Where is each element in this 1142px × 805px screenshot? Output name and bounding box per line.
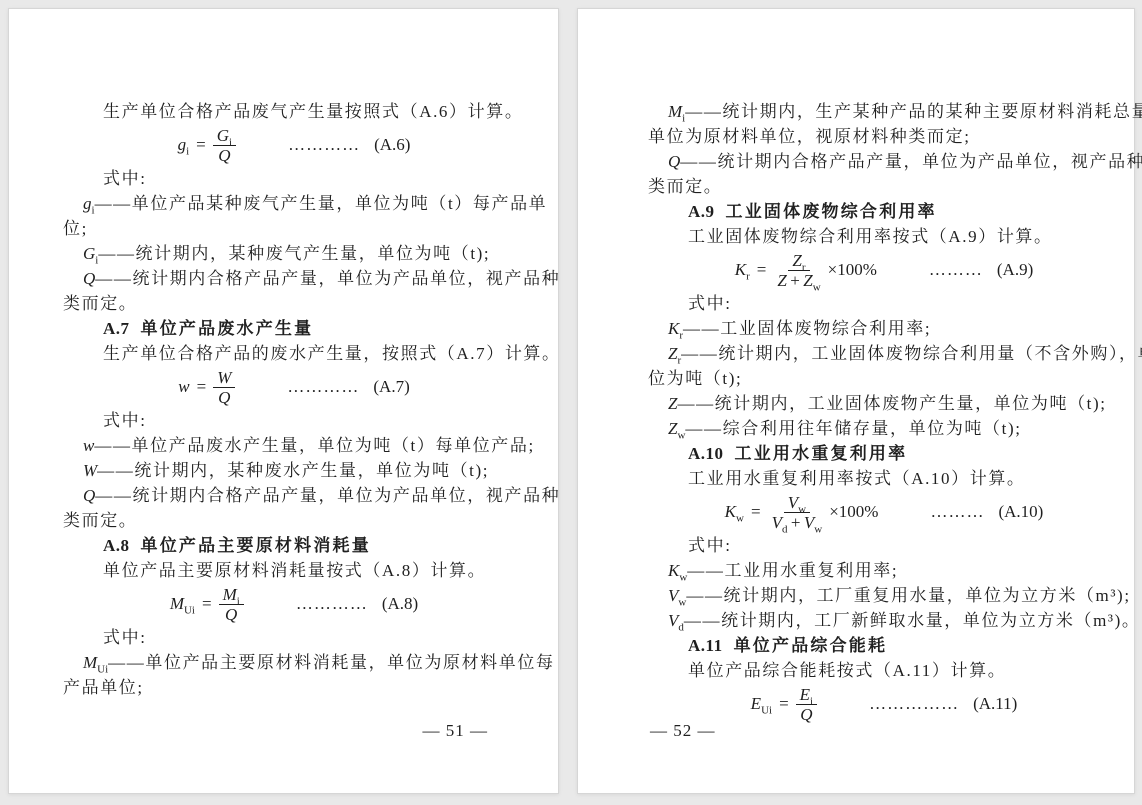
math-variable: Q <box>668 152 680 171</box>
page-51: 生产单位合格产品废气产生量按照式（A.6）计算。gi=GiQ…………(A.6)式… <box>8 8 559 794</box>
continuation-line: 位为吨（t); <box>648 366 1120 391</box>
document-spread: 生产单位合格产品废气产生量按照式（A.6）计算。gi=GiQ…………(A.6)式… <box>0 0 1142 805</box>
math-variable: Q <box>800 705 812 724</box>
formula-line: EUi=EiQ……………(A.11) <box>648 683 1120 725</box>
denominator: Z + Zw <box>773 271 824 290</box>
paragraph-line: 式中: <box>63 408 525 433</box>
fraction: GiQ <box>213 126 236 165</box>
math-variable: Zr <box>668 344 681 363</box>
equation: MUi=MiQ <box>170 585 244 624</box>
math-variable: Vd <box>668 611 684 630</box>
page-52-number: — 52 — <box>650 721 716 741</box>
numerator: Mi <box>219 585 244 605</box>
equation-number: (A.11) <box>973 694 1017 714</box>
definition-line: Mi——统计期内，生产某种产品的某种主要原材料消耗总量， <box>648 99 1120 124</box>
equation: Kr=ZrZ + Zw×100% <box>735 251 877 290</box>
equation: w=WQ <box>178 368 235 407</box>
definition-text: ——工业用水重复利用率; <box>687 561 898 580</box>
section-title: 单位产品废水产生量 <box>141 319 314 338</box>
paragraph-line: 式中: <box>63 166 525 191</box>
fraction: VwVd + Vw <box>768 493 827 532</box>
paragraph-line: 工业用水重复利用率按式（A.10）计算。 <box>648 466 1120 491</box>
definition-text: ——统计期内，某种废水产生量，单位为吨（t); <box>97 461 489 480</box>
definition-text: ——单位产品某种废气产生量，单位为吨（t）每产品单 <box>95 194 548 213</box>
definition-text: ——统计期内，工厂重复用水量，单位为立方米（m³); <box>686 586 1130 605</box>
formula-line: w=WQ…………(A.7) <box>63 366 525 408</box>
math-variable: MUi <box>83 653 108 672</box>
section-number: A.9 <box>688 202 715 221</box>
fraction: ZrZ + Zw <box>773 251 824 290</box>
section-heading: A.9工业固体废物综合利用率 <box>648 199 1120 224</box>
math-variable: Vd <box>772 513 788 532</box>
definition-line: W——统计期内，某种废水产生量，单位为吨（t); <box>63 458 525 483</box>
math-variable: MUi <box>170 594 195 614</box>
formula-line: MUi=MiQ…………(A.8) <box>63 583 525 625</box>
equals-sign: = <box>196 135 206 155</box>
math-variable: Zw <box>668 419 685 438</box>
numerator: Gi <box>213 126 236 146</box>
section-heading: A.10工业用水重复利用率 <box>648 441 1120 466</box>
definition-line: Vd——统计期内，工厂新鲜取水量，单位为立方米（m³)。 <box>648 608 1120 633</box>
definition-text: ——统计期内合格产品产量，单位为产品单位，视产品种 <box>680 152 1142 171</box>
math-variable: EUi <box>751 694 772 714</box>
denominator: Q <box>796 705 816 724</box>
definition-line: Q——统计期内合格产品产量，单位为产品单位，视产品种 <box>63 483 525 508</box>
definition-line: Q——统计期内合格产品产量，单位为产品单位，视产品种 <box>648 149 1120 174</box>
section-title: 单位产品主要原材料消耗量 <box>141 536 371 555</box>
math-variable: Vw <box>788 493 806 512</box>
math-variable: Kr <box>735 260 750 280</box>
equation-number: (A.7) <box>373 377 409 397</box>
math-variable: Zw <box>803 271 820 290</box>
math-variable: W <box>83 461 97 480</box>
denominator: Q <box>214 146 234 165</box>
formula-line: Kr=ZrZ + Zw×100%………(A.9) <box>648 249 1120 291</box>
page-51-content: 生产单位合格产品废气产生量按照式（A.6）计算。gi=GiQ…………(A.6)式… <box>63 99 525 700</box>
math-variable: w <box>178 377 189 397</box>
fraction: MiQ <box>219 585 244 624</box>
formula-line: Kw=VwVd + Vw×100%………(A.10) <box>648 491 1120 533</box>
numerator: Vw <box>784 493 810 513</box>
section-title: 工业用水重复利用率 <box>735 444 908 463</box>
denominator: Q <box>221 605 241 624</box>
percent-multiplier: ×100% <box>828 260 877 280</box>
equals-sign: = <box>751 502 761 522</box>
numerator: Ei <box>796 685 817 705</box>
continuation-line: 类而定。 <box>63 508 525 533</box>
math-variable: Vw <box>804 513 822 532</box>
math-variable: Mi <box>668 102 685 121</box>
equals-sign: = <box>779 694 789 714</box>
math-variable: Q <box>218 146 230 165</box>
definition-line: Kw——工业用水重复利用率; <box>648 558 1120 583</box>
math-variable: Kw <box>668 561 687 580</box>
math-variable: W <box>217 368 231 387</box>
paragraph-line: 式中: <box>648 533 1120 558</box>
definition-line: Q——统计期内合格产品产量，单位为产品单位，视产品种 <box>63 266 525 291</box>
math-variable: Gi <box>217 126 232 145</box>
equation-number: (A.8) <box>382 594 418 614</box>
equals-sign: = <box>197 377 207 397</box>
definition-text: ——统计期内，工业固体废物产生量，单位为吨（t); <box>677 394 1106 413</box>
definition-line: gi——单位产品某种废气产生量，单位为吨（t）每产品单 <box>63 191 525 216</box>
section-number: A.10 <box>688 444 724 463</box>
plus-operator: + <box>787 513 803 532</box>
definition-text: ——单位产品废水产生量，单位为吨（t）每单位产品; <box>94 436 534 455</box>
paragraph-line: 生产单位合格产品废气产生量按照式（A.6）计算。 <box>63 99 525 124</box>
paragraph-line: 单位产品主要原材料消耗量按式（A.8）计算。 <box>63 558 525 583</box>
equation: EUi=EiQ <box>751 685 817 724</box>
definition-text: ——单位产品主要原材料消耗量，单位为原材料单位每 <box>108 653 554 672</box>
dot-leader: …………… <box>869 694 959 714</box>
definition-line: w——单位产品废水产生量，单位为吨（t）每单位产品; <box>63 433 525 458</box>
definition-text: ——统计期内，工厂新鲜取水量，单位为立方米（m³)。 <box>684 611 1141 630</box>
equation-number: (A.6) <box>374 135 410 155</box>
math-variable: Vw <box>668 586 686 605</box>
math-variable: Ei <box>800 685 813 704</box>
dot-leader: ……… <box>930 502 984 522</box>
math-variable: Gi <box>83 244 98 263</box>
dot-leader: ………… <box>296 594 368 614</box>
math-variable: Zr <box>792 251 805 270</box>
section-title: 单位产品综合能耗 <box>734 636 888 655</box>
math-variable: gi <box>178 135 190 155</box>
paragraph-line: 工业固体废物综合利用率按式（A.9）计算。 <box>648 224 1120 249</box>
definition-line: MUi——单位产品主要原材料消耗量，单位为原材料单位每 <box>63 650 525 675</box>
definition-text: ——统计期内，生产某种产品的某种主要原材料消耗总量， <box>685 102 1142 121</box>
definition-text: ——统计期内，工业固体废物综合利用量（不含外购），单 <box>681 344 1142 363</box>
section-heading: A.7单位产品废水产生量 <box>63 316 525 341</box>
equals-sign: = <box>202 594 212 614</box>
paragraph-line: 式中: <box>648 291 1120 316</box>
page-52-content: Mi——统计期内，生产某种产品的某种主要原材料消耗总量，单位为原材料单位，视原材… <box>648 99 1120 725</box>
math-variable: Kw <box>725 502 744 522</box>
definition-text: ——统计期内合格产品产量，单位为产品单位，视产品种 <box>95 269 560 288</box>
plus-operator: + <box>787 271 803 290</box>
page-52: Mi——统计期内，生产某种产品的某种主要原材料消耗总量，单位为原材料单位，视原材… <box>577 8 1135 794</box>
definition-line: Gi——统计期内，某种废气产生量，单位为吨（t); <box>63 241 525 266</box>
formula-line: gi=GiQ…………(A.6) <box>63 124 525 166</box>
definition-line: Z——统计期内，工业固体废物产生量，单位为吨（t); <box>648 391 1120 416</box>
math-variable: w <box>83 436 94 455</box>
math-variable: Mi <box>223 585 240 604</box>
section-heading: A.11单位产品综合能耗 <box>648 633 1120 658</box>
continuation-line: 类而定。 <box>648 174 1120 199</box>
fraction: WQ <box>213 368 235 407</box>
math-variable: Q <box>225 605 237 624</box>
math-variable: Q <box>218 388 230 407</box>
equation-number: (A.9) <box>997 260 1033 280</box>
numerator: Zr <box>788 251 809 271</box>
definition-text: ——综合利用往年储存量，单位为吨（t); <box>685 419 1021 438</box>
math-variable: Q <box>83 486 95 505</box>
denominator: Q <box>214 388 234 407</box>
section-number: A.8 <box>103 536 130 555</box>
fraction: EiQ <box>796 685 817 724</box>
page-51-number: — 51 — <box>423 721 489 741</box>
continuation-line: 类而定。 <box>63 291 525 316</box>
definition-line: Kr——工业固体废物综合利用率; <box>648 316 1120 341</box>
paragraph-line: 单位产品综合能耗按式（A.11）计算。 <box>648 658 1120 683</box>
definition-line: Zr——统计期内，工业固体废物综合利用量（不含外购），单 <box>648 341 1120 366</box>
definition-text: ——工业固体废物综合利用率; <box>683 319 931 338</box>
math-variable: Q <box>83 269 95 288</box>
definition-line: Vw——统计期内，工厂重复用水量，单位为立方米（m³); <box>648 583 1120 608</box>
paragraph-line: 生产单位合格产品的废水产生量，按照式（A.7）计算。 <box>63 341 525 366</box>
dot-leader: ………… <box>288 135 360 155</box>
paragraph-line: 式中: <box>63 625 525 650</box>
continuation-line: 产品单位; <box>63 675 525 700</box>
definition-line: Zw——综合利用往年储存量，单位为吨（t); <box>648 416 1120 441</box>
dot-leader: ……… <box>929 260 983 280</box>
continuation-line: 位; <box>63 216 525 241</box>
math-variable: Kr <box>668 319 683 338</box>
continuation-line: 单位为原材料单位，视原材料种类而定; <box>648 124 1120 149</box>
dot-leader: ………… <box>287 377 359 397</box>
denominator: Vd + Vw <box>768 513 827 532</box>
definition-text: ——统计期内，某种废气产生量，单位为吨（t); <box>98 244 490 263</box>
section-heading: A.8单位产品主要原材料消耗量 <box>63 533 525 558</box>
math-variable: gi <box>83 194 95 213</box>
equation: Kw=VwVd + Vw×100% <box>725 493 879 532</box>
math-variable: Z <box>777 271 786 290</box>
equation: gi=GiQ <box>178 126 237 165</box>
section-number: A.11 <box>688 636 723 655</box>
numerator: W <box>213 368 235 388</box>
section-number: A.7 <box>103 319 130 338</box>
equals-sign: = <box>757 260 767 280</box>
equation-number: (A.10) <box>998 502 1043 522</box>
definition-text: ——统计期内合格产品产量，单位为产品单位，视产品种 <box>95 486 560 505</box>
percent-multiplier: ×100% <box>829 502 878 522</box>
section-title: 工业固体废物综合利用率 <box>726 202 937 221</box>
